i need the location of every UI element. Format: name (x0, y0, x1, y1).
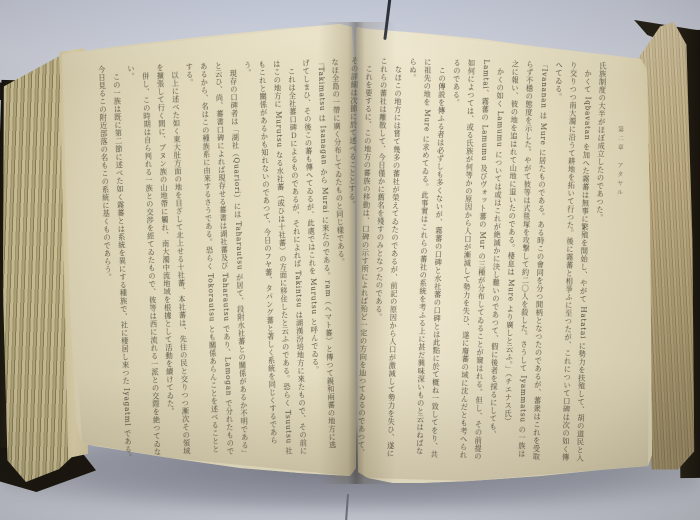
running-head-chapter-title: 第二章 アタヤル (614, 126, 624, 198)
paragraph: かくて Iqbavatan を加へた霧蕃は無事に繁殖を開始し、やがて Hatat… (543, 61, 595, 466)
paragraph: かくの如く Lamumu については或はこれが絶滅かに決し難いのであつて、假に後… (441, 59, 508, 464)
right-page-text-block: 氏族制度の大半がほぼ成立したのであつた。 かくて Iqbavatan を加へた霧… (356, 57, 610, 466)
left-page-text-block: なほ全島の一帶に廣く分布してゐたものと同じ樣である。 「Takimatsu は … (106, 58, 354, 463)
paragraph: この傳説を傳ふる者は必ずしも多くないが、霧蕃の口碑と水社蕃の口碑とは此點に於て概… (397, 58, 449, 463)
paragraph: 「Ivananan は Mure に居たものである。ある時この會同を分つ間柄とな… (499, 60, 551, 465)
photo-of-open-book: なほ全島の一帶に廣く分布してゐたものと同じ樣である。 「Takimatsu は … (0, 0, 700, 520)
